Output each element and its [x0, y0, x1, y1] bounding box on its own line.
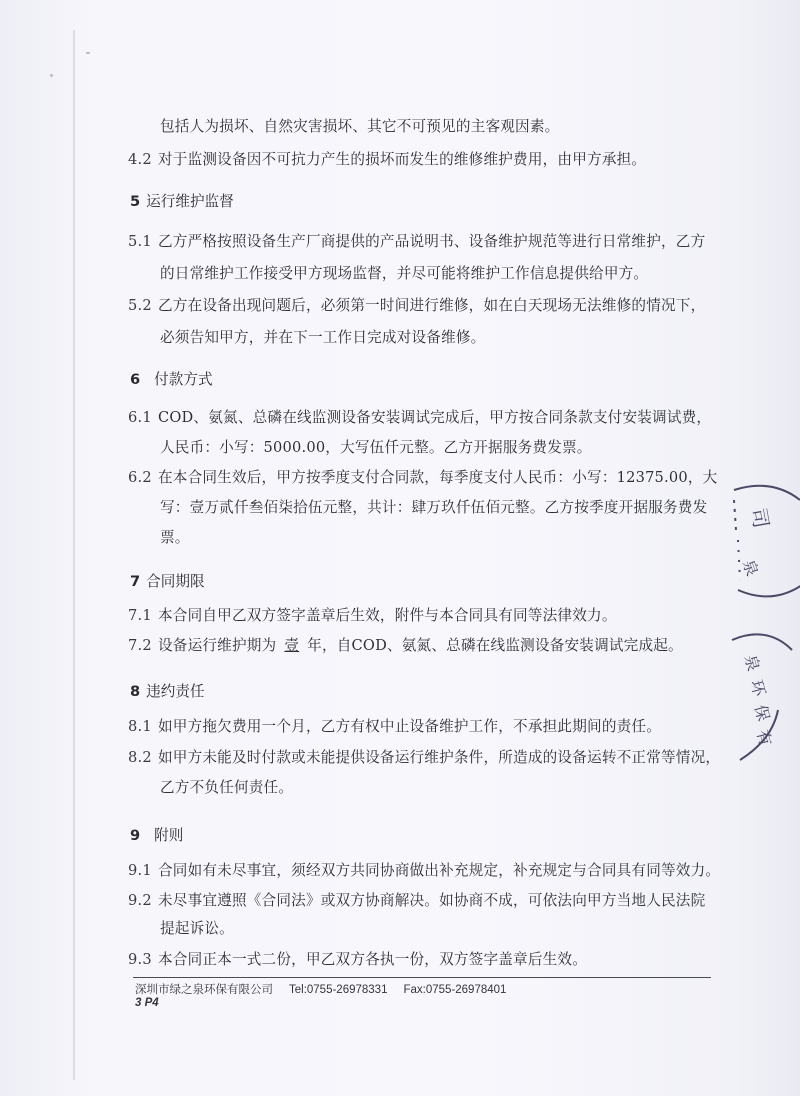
- footer-company: 深圳市绿之泉环保有限公司: [135, 984, 273, 996]
- footer-divider: [133, 977, 711, 978]
- section-heading-9: 9附则: [130, 824, 183, 845]
- svg-text:司: 司: [746, 506, 773, 530]
- clause-5-2: 5.2乙方在设备出现问题后，必须第一时间进行维修，如在白天现场无法维修的情况下，: [128, 294, 705, 315]
- section-title: 付款方式: [154, 371, 212, 388]
- clause-9-3: 9.3本合同正本一式二份，甲乙双方各执一份，双方签字盖章后生效。: [128, 948, 587, 969]
- section-title: 运行维护监督: [146, 193, 234, 210]
- clause-4-1-continuation: 包括人为损坏、自然灾害损坏、其它不可预见的主客观因素。: [160, 115, 559, 136]
- clause-number: 8.2: [128, 749, 158, 766]
- clause-text: 合同如有未尽事宜，须经双方共同协商做出补充规定，补充规定与合同具有同等效力。: [158, 862, 720, 879]
- clause-number: 8.1: [128, 718, 158, 735]
- clause-5-2-line-2: 必须告知甲方，并在下一工作日完成对设备维修。: [160, 326, 485, 347]
- clause-5-1: 5.1乙方严格按照设备生产厂商提供的产品说明书、设备维护规范等进行日常维护，乙方: [128, 230, 705, 251]
- svg-text:泉: 泉: [741, 653, 763, 673]
- clause-9-1: 9.1合同如有未尽事宜，须经双方共同协商做出补充规定，补充规定与合同具有同等效力…: [128, 859, 720, 880]
- clause-number: 5.2: [128, 297, 158, 314]
- section-number: 8: [130, 683, 140, 700]
- section-title: 附则: [154, 827, 183, 844]
- clause-number: 9.2: [128, 892, 158, 909]
- clause-text: 年，自COD、氨氮、总磷在线监测设备安装调试完成起。: [307, 637, 683, 654]
- clause-8-2-line-2: 乙方不负任何责任。: [160, 776, 293, 797]
- clause-text: 在本合同生效后，甲方按季度支付合同款，每季度支付人民币：小写：12375.00，…: [158, 469, 717, 486]
- clause-text: COD、氨氮、总磷在线监测设备安装调试完成后，甲方按合同条款支付安装调试费，: [158, 409, 711, 426]
- clause-text: 未尽事宜遵照《合同法》或双方协商解决。如协商不成，可依法向甲方当地人民法院: [158, 892, 705, 909]
- clause-number: 7.2: [128, 637, 158, 654]
- page-footer: 深圳市绿之泉环保有限公司Tel:0755-26978331Fax:0755-26…: [135, 981, 522, 997]
- section-number: 6: [130, 371, 140, 388]
- clause-text: 对于监测设备因不可抗力产生的损坏而发生的维修维护费用，由甲方承担。: [158, 151, 646, 168]
- footer-fax: Fax:0755-26978401: [403, 984, 506, 996]
- page-number: 3 P4: [135, 997, 159, 1009]
- clause-6-2-line-3: 票。: [160, 526, 190, 547]
- clause-5-1-line-2: 的日常维护工作接受甲方现场监督，并尽可能将维护工作信息提供给甲方。: [160, 262, 648, 283]
- clause-text: 乙方在设备出现问题后，必须第一时间进行维修，如在白天现场无法维修的情况下，: [158, 297, 705, 314]
- clause-6-1-line-2: 人民币：小写：5000.00，大写伍仟元整。乙方开据服务费发票。: [160, 436, 592, 457]
- clause-number: 7.1: [128, 607, 158, 624]
- footer-tel: Tel:0755-26978331: [289, 984, 387, 996]
- clause-number: 6.1: [128, 409, 158, 426]
- clause-number: 9.3: [128, 951, 158, 968]
- scan-speck: [50, 74, 53, 77]
- clause-9-2: 9.2未尽事宜遵照《合同法》或双方协商解决。如协商不成，可依法向甲方当地人民法院: [128, 889, 705, 910]
- term-years-field: 壹: [276, 637, 307, 654]
- clause-number: 6.2: [128, 469, 158, 486]
- svg-text:泉: 泉: [739, 557, 762, 579]
- binding-margin-line: [73, 30, 75, 1080]
- section-heading-7: 7合同期限: [130, 570, 205, 591]
- clause-8-1: 8.1如甲方拖欠费用一个月，乙方有权中止设备维护工作，不承担此期间的责任。: [128, 715, 661, 736]
- clause-number: 5.1: [128, 233, 158, 250]
- section-title: 违约责任: [146, 683, 204, 700]
- section-number: 7: [130, 573, 140, 590]
- clause-text: 乙方严格按照设备生产厂商提供的产品说明书、设备维护规范等进行日常维护，乙方: [158, 233, 705, 250]
- clause-text: 设备运行维护期为: [158, 637, 276, 654]
- clause-text: 如甲方未能及时付款或未能提供设备运行维护条件，所造成的设备运转不正常等情况，: [158, 749, 720, 766]
- clause-text: 本合同正本一式二份，甲乙双方各执一份，双方签字盖章后生效。: [158, 951, 587, 968]
- clause-6-1: 6.1COD、氨氮、总磷在线监测设备安装调试完成后，甲方按合同条款支付安装调试费…: [128, 406, 711, 427]
- clause-number: 9.1: [128, 862, 158, 879]
- section-heading-8: 8违约责任: [130, 680, 205, 701]
- clause-7-1: 7.1本合同自甲乙双方签字盖章后生效，附件与本合同具有同等法律效力。: [128, 604, 617, 625]
- section-title: 合同期限: [146, 573, 204, 590]
- clause-text: 如甲方拖欠费用一个月，乙方有权中止设备维护工作，不承担此期间的责任。: [158, 718, 661, 735]
- clause-text: 本合同自甲乙双方签字盖章后生效，附件与本合同具有同等法律效力。: [158, 607, 617, 624]
- clause-9-2-line-2: 提起诉讼。: [160, 917, 234, 938]
- clause-number: 4.2: [128, 151, 158, 168]
- clause-4-2: 4.2对于监测设备因不可抗力产生的损坏而发生的维修维护费用，由甲方承担。: [128, 148, 646, 169]
- svg-text:有: 有: [753, 728, 775, 748]
- company-seal-stamp: 司 泉 泉 环 保 有: [712, 470, 800, 770]
- clause-6-2-line-2: 写：壹万贰仟叁佰柒拾伍元整，共计：肆万玖仟伍佰元整。乙方按季度开据服务费发: [160, 496, 707, 517]
- section-number: 9: [130, 827, 140, 844]
- section-heading-6: 6付款方式: [130, 368, 213, 389]
- clause-8-2: 8.2如甲方未能及时付款或未能提供设备运行维护条件，所造成的设备运转不正常等情况…: [128, 746, 720, 767]
- scanned-page: 包括人为损坏、自然灾害损坏、其它不可预见的主客观因素。 4.2对于监测设备因不可…: [0, 0, 800, 1096]
- clause-6-2: 6.2在本合同生效后，甲方按季度支付合同款，每季度支付人民币：小写：12375.…: [128, 466, 717, 487]
- svg-text:环: 环: [747, 678, 770, 699]
- clause-7-2: 7.2设备运行维护期为壹年，自COD、氨氮、总磷在线监测设备安装调试完成起。: [128, 634, 683, 655]
- seal-icon: 司 泉 泉 环 保 有: [712, 470, 800, 770]
- scan-speck: [86, 52, 90, 54]
- svg-text:保: 保: [751, 703, 773, 723]
- section-heading-5: 5运行维护监督: [130, 190, 234, 211]
- section-number: 5: [130, 193, 140, 210]
